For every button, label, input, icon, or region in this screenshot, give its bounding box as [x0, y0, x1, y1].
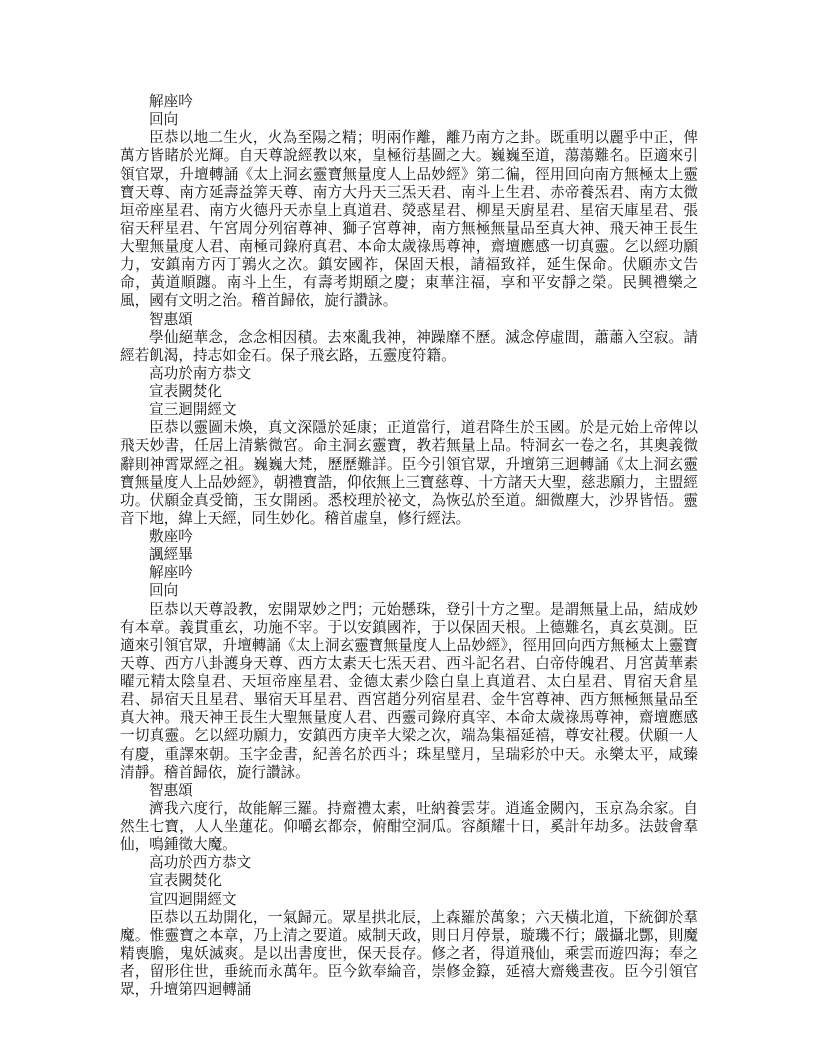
section-heading-xuanbiao: 宣表闕焚化	[120, 383, 698, 401]
section-heading-jiezuoyin: 解座吟	[120, 93, 698, 111]
section-heading-zhihuisong-2: 智惠頌	[120, 782, 698, 800]
section-heading-zhihuisong: 智惠頌	[120, 311, 698, 329]
section-heading-fuzuoyin: 敷座吟	[120, 528, 698, 546]
section-heading-south-gongwen: 高功於南方恭文	[120, 365, 698, 383]
paragraph-south-dedication: 臣恭以地二生火，火為至陽之精；明兩作離，離乃南方之卦。既重明以麗乎中正，俾萬方皆…	[120, 129, 698, 310]
section-heading-huixiang-2: 回向	[120, 582, 698, 600]
document-page: 解座吟 回向 臣恭以地二生火，火為至陽之精；明兩作離，離乃南方之卦。既重明以麗乎…	[120, 93, 698, 999]
section-heading-west-gongwen: 高功於西方恭文	[120, 854, 698, 872]
section-heading-third-round: 宣三迴開經文	[120, 401, 698, 419]
paragraph-zhihuisong-verse: 學仙絕華念，念念相因積。去來亂我神，神躁靡不歷。滅念停虛間，蕭蕭入空寂。請經若飢…	[120, 329, 698, 365]
paragraph-west-dedication: 臣恭以天尊設教，宏開眾妙之門；元始懸珠，登引十方之聖。是謂無量上品，結成妙有本章…	[120, 601, 698, 782]
section-heading-jiezuoyin-2: 解座吟	[120, 564, 698, 582]
section-heading-fengjingbi: 諷經畢	[120, 546, 698, 564]
section-heading-xuanbiao-2: 宣表闕焚化	[120, 872, 698, 890]
paragraph-zhihuisong-verse-2: 濟我六度行，故能解三羅。持齋禮太素，吐納養雲芽。逍遙金闕內，玉京為余家。自然生七…	[120, 800, 698, 854]
section-heading-huixiang: 回向	[120, 111, 698, 129]
paragraph-fourth-round: 臣恭以五劫開化，一氣歸元。眾星拱北辰，上森羅於萬象；六天橫北道，下統御於羣魔。惟…	[120, 909, 698, 1000]
paragraph-third-round: 臣恭以靈圖未煥，真文深隱於延康；正道當行，道君降生於玉國。於是元始上帝俾以飛天妙…	[120, 419, 698, 528]
section-heading-fourth-round: 宣四迴開經文	[120, 891, 698, 909]
